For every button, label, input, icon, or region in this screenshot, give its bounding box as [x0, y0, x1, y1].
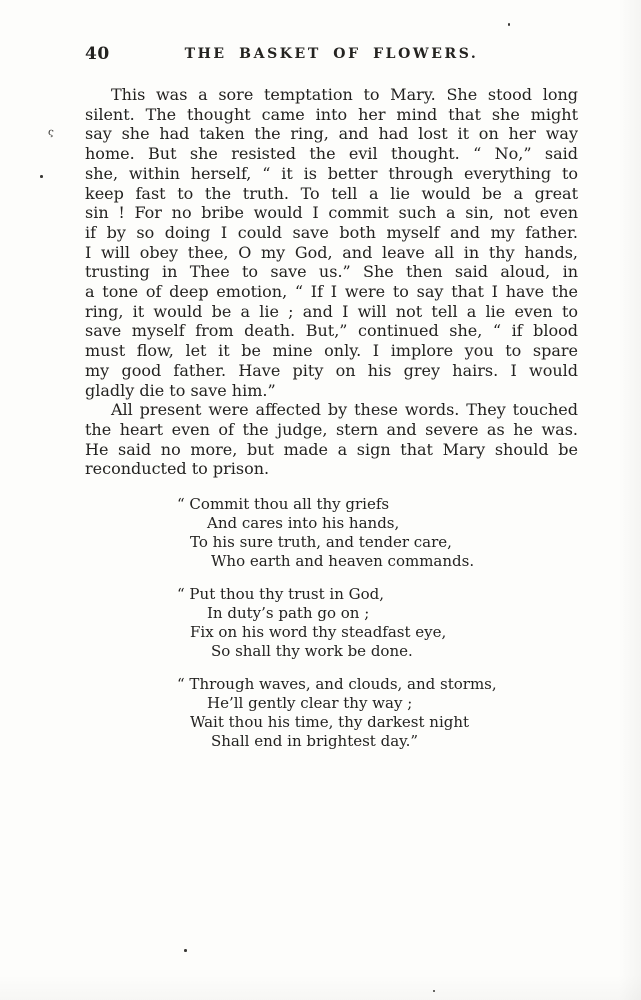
verse-line: So shall thy work be done.: [211, 642, 578, 661]
verse-line: To his sure truth, and tender care,: [190, 533, 578, 552]
running-head: 40 THE BASKET OF FLOWERS.: [85, 44, 578, 64]
text-line: trusting in Thee to save us.” She then s…: [85, 262, 578, 282]
book-page-scan: 40 THE BASKET OF FLOWERS. This was a sor…: [0, 0, 641, 1000]
verse-line: “ Through waves, and clouds, and storms,: [177, 675, 578, 694]
verse-line: In duty’s path go on ;: [207, 604, 578, 623]
text-line: say she had taken the ring, and had lost…: [85, 124, 578, 144]
stanza-3: “ Through waves, and clouds, and storms,…: [177, 675, 578, 751]
hymn-verses: “ Commit thou all thy griefsAnd cares in…: [177, 495, 578, 751]
text-line: All present were affected by these words…: [85, 400, 578, 420]
text-line: I will obey thee, O my God, and leave al…: [85, 243, 578, 263]
stanza-2: “ Put thou thy trust in God,In duty’s pa…: [177, 585, 578, 661]
stanza-1: “ Commit thou all thy griefsAnd cares in…: [177, 495, 578, 571]
text-line: my good father. Have pity on his grey ha…: [85, 361, 578, 381]
scan-speck: [433, 990, 435, 992]
text-line: save myself from death. But,” continued …: [85, 321, 578, 341]
text-line: keep fast to the truth. To tell a lie wo…: [85, 184, 578, 204]
verse-line: “ Commit thou all thy griefs: [177, 495, 578, 514]
paragraph-2: All present were affected by these words…: [85, 400, 578, 479]
verse-line: Wait thou his time, thy darkest night: [190, 713, 578, 732]
paragraph-1: This was a sore temptation to Mary. She …: [85, 85, 578, 400]
text-line: silent. The thought came into her mind t…: [85, 105, 578, 125]
scan-squiggle-mark: ς: [47, 128, 54, 139]
text-line: ring, it would be a lie ; and I will not…: [85, 302, 578, 322]
text-line: she, within herself, “ it is better thro…: [85, 164, 578, 184]
text-line: This was a sore temptation to Mary. She …: [85, 85, 578, 105]
text-line: if by so doing I could save both myself …: [85, 223, 578, 243]
text-line: reconducted to prison.: [85, 459, 578, 479]
text-line: home. But she resisted the evil thought.…: [85, 144, 578, 164]
scan-speck: [40, 175, 43, 178]
running-title: THE BASKET OF FLOWERS.: [85, 44, 578, 62]
scan-speck: [184, 949, 187, 952]
text-line: the heart even of the judge, stern and s…: [85, 420, 578, 440]
verse-line: And cares into his hands,: [207, 514, 578, 533]
verse-line: Shall end in brightest day.”: [211, 732, 578, 751]
verse-line: He’ll gently clear thy way ;: [207, 694, 578, 713]
body-text: This was a sore temptation to Mary. She …: [85, 85, 578, 765]
text-line: gladly die to save him.”: [85, 381, 578, 401]
page-number: 40: [85, 44, 110, 64]
text-line: He said no more, but made a sign that Ma…: [85, 440, 578, 460]
verse-line: Who earth and heaven commands.: [211, 552, 578, 571]
scan-speck: [508, 23, 510, 26]
verse-line: Fix on his word thy steadfast eye,: [190, 623, 578, 642]
text-line: a tone of deep emotion, “ If I were to s…: [85, 282, 578, 302]
verse-line: “ Put thou thy trust in God,: [177, 585, 578, 604]
text-line: must flow, let it be mine only. I implor…: [85, 341, 578, 361]
text-line: sin ! For no bribe would I commit such a…: [85, 203, 578, 223]
